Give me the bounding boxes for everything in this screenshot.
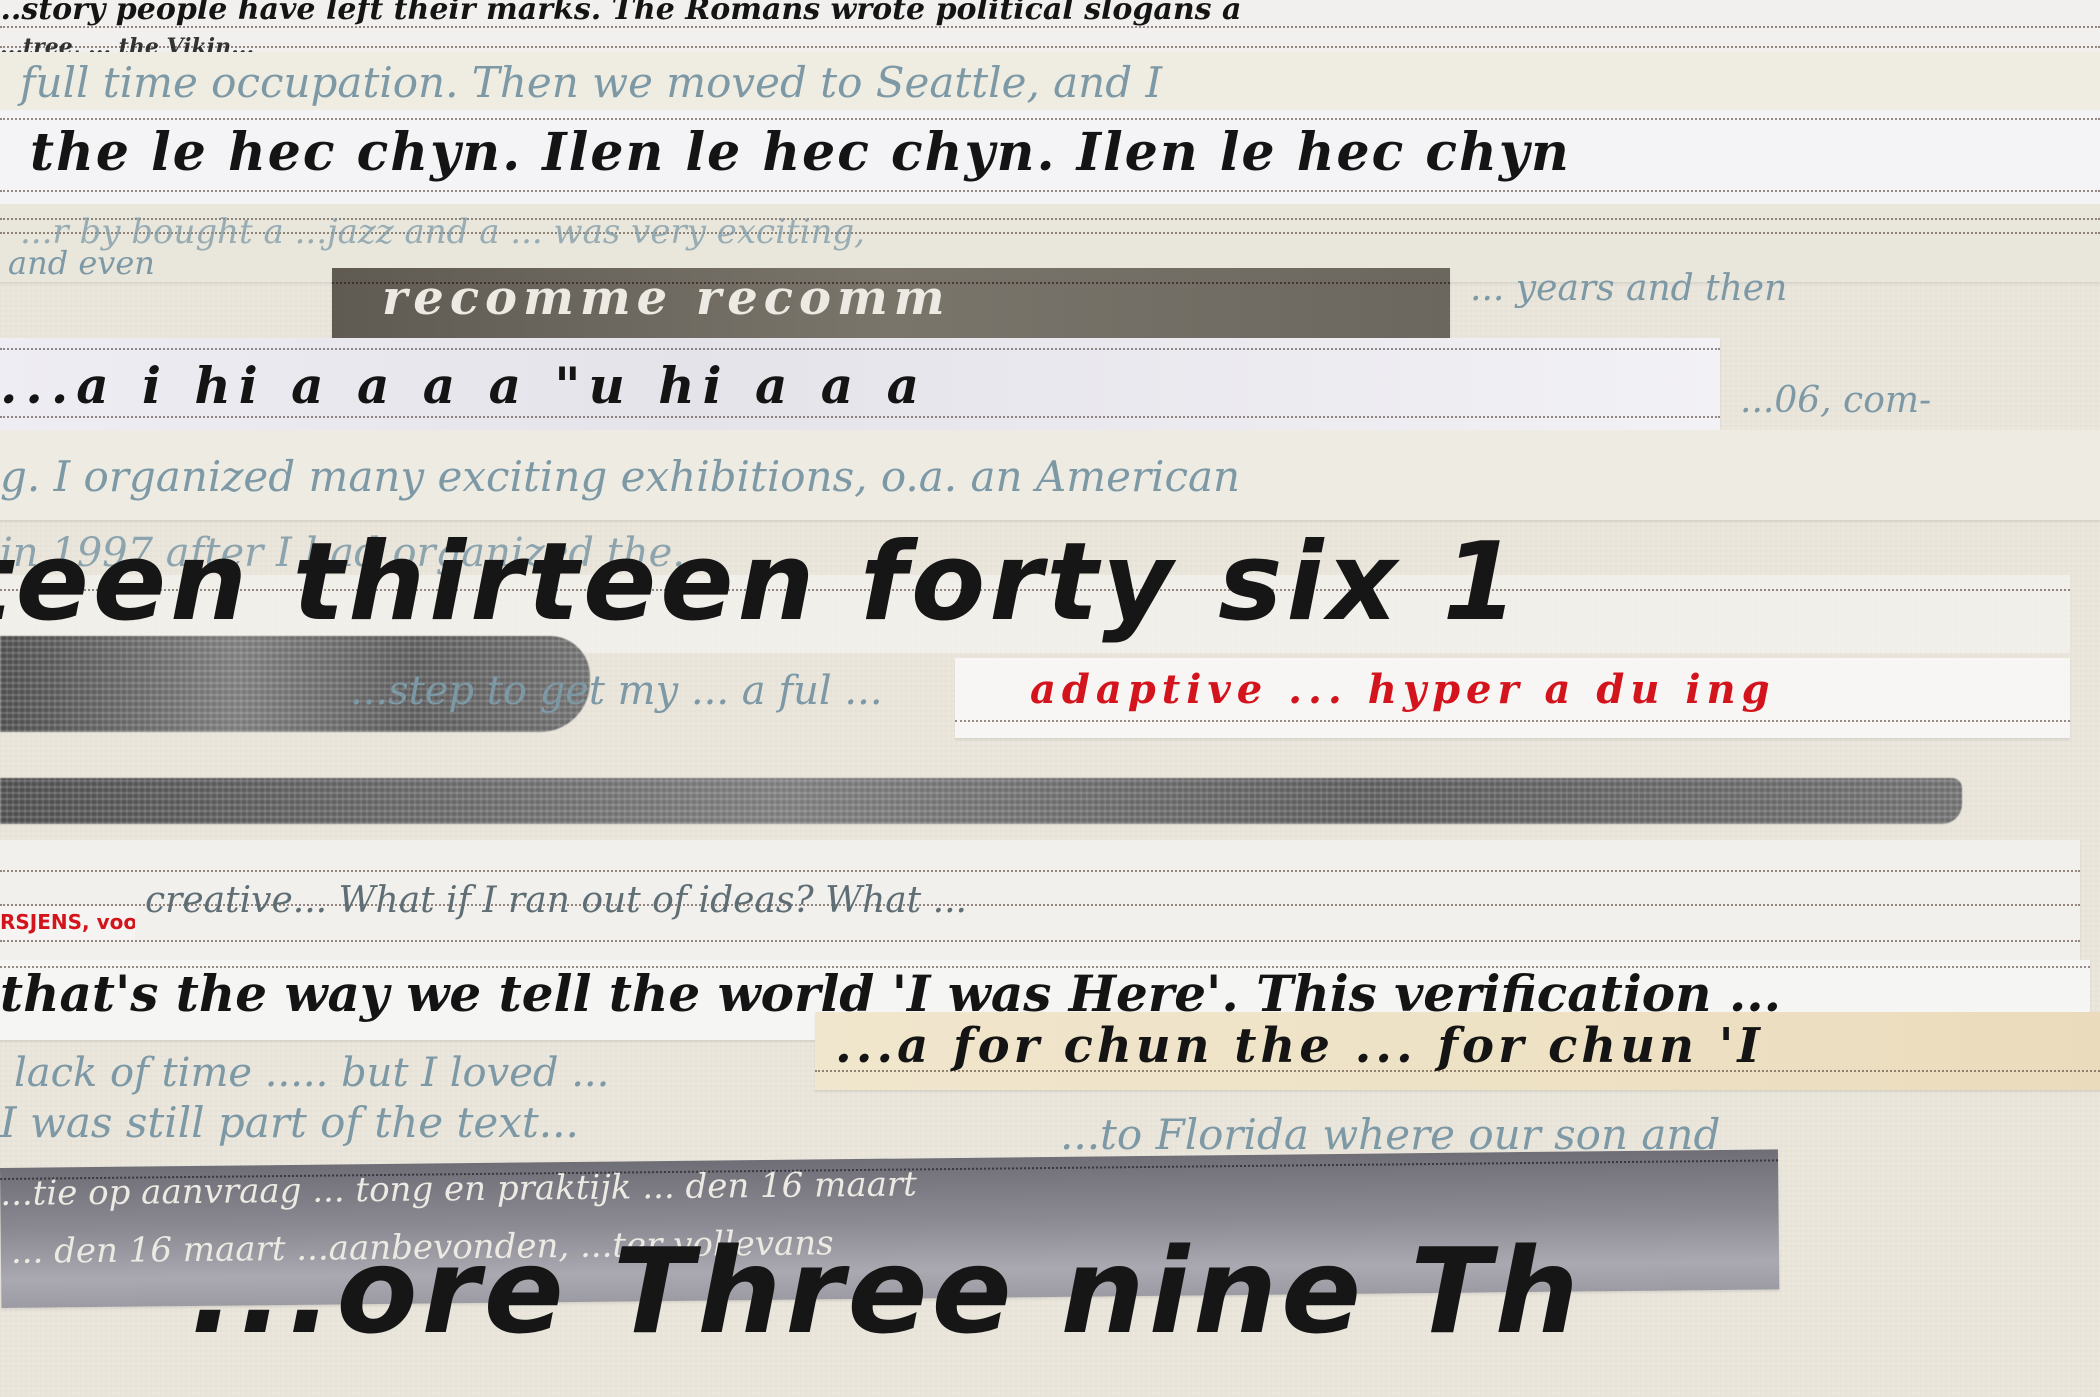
- stitch-line: [0, 190, 2100, 192]
- stitch-line: [0, 46, 2100, 48]
- large-script-text: teen thirteen forty six 1: [0, 520, 1522, 645]
- strip-cream-blue-text: full time occupation. Then we moved to S…: [0, 52, 2100, 114]
- handwriting-text: g. I organized many exciting exhibitions…: [0, 452, 1240, 501]
- red-print-label: RSJENS, voorz.: [0, 906, 135, 940]
- strip-white-repeat-script: the le hec chyn. Ilen le hec chyn. Ilen …: [0, 110, 2100, 205]
- strip-white-stitched: creative... What if I ran out of ideas? …: [0, 840, 2080, 960]
- script-text: ...a for chun the ... for chun 'I: [835, 1018, 1764, 1074]
- handwriting-text: ... years and then: [1470, 268, 1787, 309]
- handwriting-text: ...06, com-: [1740, 380, 1931, 421]
- strip-top-white: ...story people have left their marks. T…: [0, 0, 2100, 58]
- script-text: recomme recomm: [382, 270, 951, 326]
- strip-taupe-white-script: recomme recomm: [332, 268, 1450, 338]
- stitch-line: [0, 870, 2080, 872]
- script-text: ...story people have left their marks. T…: [0, 0, 1241, 27]
- red-print-text: RSJENS, voorz.: [0, 910, 135, 934]
- script-text: ...tie op aanvraag ... tong en praktijk …: [0, 1164, 917, 1214]
- stitch-line: [0, 416, 1720, 418]
- strip-cream-ink-script: ...a for chun the ... for chun 'I: [815, 1012, 2100, 1090]
- stitch-line: [0, 348, 1720, 350]
- textile-artwork: ...story people have left their marks. T…: [0, 0, 2100, 1397]
- gray-gauze-strip-long: [0, 778, 1962, 824]
- handwriting-text: I was still part of the text...: [0, 1098, 579, 1147]
- handwriting-text: full time occupation. Then we moved to S…: [20, 58, 1162, 107]
- script-text: the le hec chyn. Ilen le hec chyn. Ilen …: [30, 122, 1571, 183]
- stitch-line: [0, 118, 2100, 120]
- handwriting-text: and even: [8, 244, 155, 282]
- red-script-text: adaptive ... hyper a du ing: [1030, 666, 1776, 713]
- large-script-text: ...ore Three nine Th: [190, 1222, 1583, 1360]
- strip-lilac-ink: ...a i hi a a a a "u hi a a a: [0, 338, 1720, 430]
- strip-white-red-script: adaptive ... hyper a du ing: [955, 658, 2070, 738]
- strip-cream-exhibitions: g. I organized many exciting exhibitions…: [0, 430, 2100, 520]
- handwriting-text: ...step to get my ... a ful ...: [350, 668, 883, 714]
- stitch-line: [0, 940, 2080, 942]
- handwriting-text: creative... What if I ran out of ideas? …: [145, 880, 967, 921]
- stitch-line: [955, 720, 2070, 722]
- script-text: ...a i hi a a a a "u hi a a a: [0, 356, 927, 415]
- handwriting-text: lack of time ..... but I loved ...: [14, 1050, 609, 1096]
